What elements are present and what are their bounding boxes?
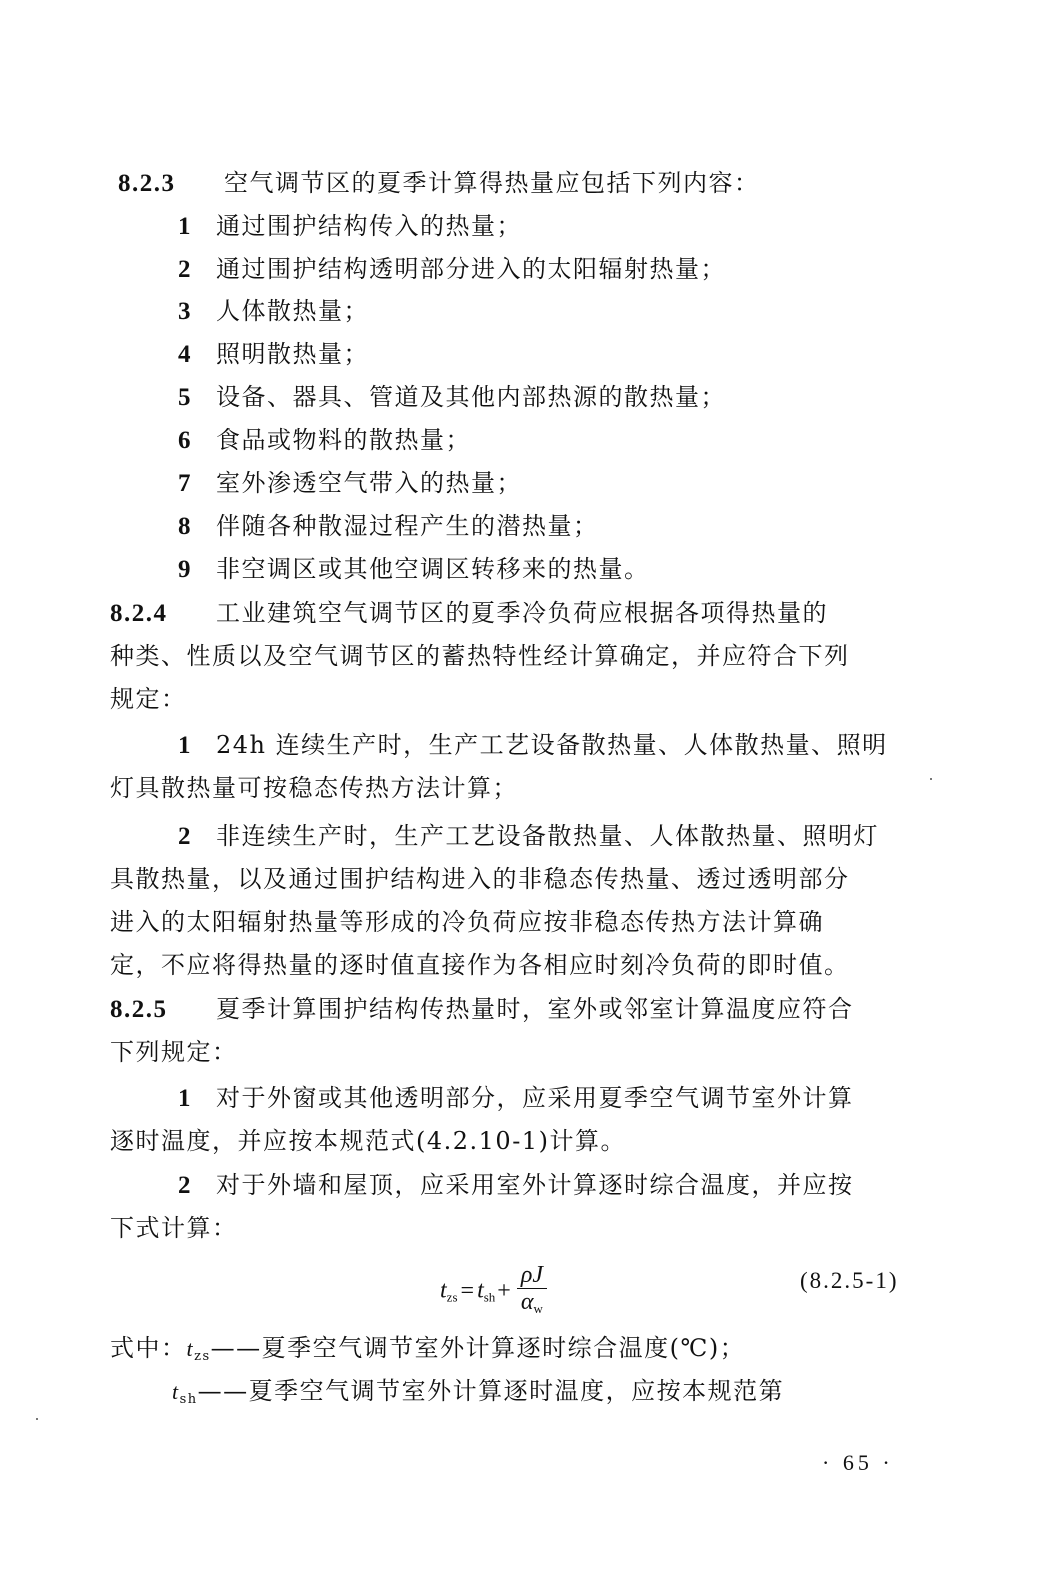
item-text: 室外渗透空气带入的热量； bbox=[216, 469, 522, 497]
item-text: 通过围护结构透明部分进入的太阳辐射热量； bbox=[216, 255, 726, 283]
list-item: 124h 连续生产时，生产工艺设备散热量、人体散热量、照明 bbox=[178, 730, 888, 761]
item-number: 8 bbox=[178, 512, 216, 542]
section-number: 8.2.4 bbox=[110, 599, 216, 629]
list-item: 2对于外墙和屋顶，应采用室外计算逐时综合温度，并应按 bbox=[178, 1170, 854, 1201]
item-number: 1 bbox=[178, 212, 216, 242]
list-item: 6食品或物料的散热量； bbox=[178, 425, 471, 456]
item-number: 1 bbox=[178, 1084, 216, 1114]
item-text: 非空调区或其他空调区转移来的热量。 bbox=[216, 555, 650, 583]
equation-number: (8.2.5-1) bbox=[800, 1268, 898, 1294]
section-text: 空气调节区的夏季计算得热量应包括下列内容： bbox=[224, 169, 760, 197]
section-text: 下列规定： bbox=[110, 1038, 238, 1066]
section-text: 种类、性质以及空气调节区的蓄热特性经计算确定，并应符合下列 bbox=[110, 642, 850, 670]
where-def-tsh: tsh——夏季空气调节室外计算逐时温度，应按本规范第 bbox=[172, 1376, 784, 1415]
item-text: 进入的太阳辐射热量等形成的冷负荷应按非稳态传热方法计算确 bbox=[110, 908, 824, 936]
section-8-2-4-heading: 8.2.4工业建筑空气调节区的夏季冷负荷应根据各项得热量的 bbox=[110, 598, 828, 629]
list-item: 9非空调区或其他空调区转移来的热量。 bbox=[178, 554, 650, 585]
paragraph-line: 下式计算： bbox=[110, 1213, 238, 1243]
item-text: 下式计算： bbox=[110, 1214, 238, 1242]
formula-subscript: w bbox=[534, 1301, 543, 1316]
item-number: 7 bbox=[178, 469, 216, 499]
def-dash: —— bbox=[211, 1334, 262, 1362]
item-text: 定，不应将得热量的逐时值直接作为各相应时刻冷负荷的即时值。 bbox=[110, 951, 850, 979]
item-text: 食品或物料的散热量； bbox=[216, 426, 471, 454]
list-item: 5设备、器具、管道及其他内部热源的散热量； bbox=[178, 382, 726, 413]
paragraph-line: 灯具散热量可按稳态传热方法计算； bbox=[110, 773, 518, 803]
def-text: 夏季空气调节室外计算逐时综合温度(℃)； bbox=[262, 1334, 746, 1362]
paragraph-line: 定，不应将得热量的逐时值直接作为各相应时刻冷负荷的即时值。 bbox=[110, 950, 850, 980]
item-text: 灯具散热量可按稳态传热方法计算； bbox=[110, 774, 518, 802]
item-text: 24h 连续生产时，生产工艺设备散热量、人体散热量、照明 bbox=[216, 731, 888, 759]
def-symbol: t bbox=[187, 1336, 195, 1361]
where-prefix: 式中： bbox=[110, 1334, 187, 1362]
item-text: 具散热量，以及通过围护结构进入的非稳态传热量、透过透明部分 bbox=[110, 865, 850, 893]
def-symbol: t bbox=[172, 1379, 180, 1404]
page-number: · 65 · bbox=[822, 1450, 894, 1476]
paragraph-line: 具散热量，以及通过围护结构进入的非稳态传热量、透过透明部分 bbox=[110, 864, 850, 894]
item-number: 3 bbox=[178, 297, 216, 327]
list-item: 1对于外窗或其他透明部分，应采用夏季空气调节室外计算 bbox=[178, 1083, 854, 1114]
section-text: 工业建筑空气调节区的夏季冷负荷应根据各项得热量的 bbox=[216, 599, 828, 627]
formula-symbol: t bbox=[440, 1278, 447, 1304]
item-text: 伴随各种散湿过程产生的潜热量； bbox=[216, 512, 599, 540]
def-dash: —— bbox=[198, 1377, 249, 1405]
paragraph-line: 逐时温度，并应按本规范式(4.2.10-1)计算。 bbox=[110, 1126, 626, 1156]
item-text: 逐时温度，并应按本规范式(4.2.10-1)计算。 bbox=[110, 1127, 626, 1155]
def-subscript: zs bbox=[194, 1349, 211, 1364]
formula-8-2-5-1: tzs=tsh+ρJαw bbox=[440, 1262, 547, 1322]
item-text: 对于外墙和屋顶，应采用室外计算逐时综合温度，并应按 bbox=[216, 1171, 854, 1199]
where-def-tzs: 式中：tzs——夏季空气调节室外计算逐时综合温度(℃)； bbox=[110, 1333, 745, 1372]
formula-symbol: α bbox=[521, 1289, 534, 1315]
list-item: 2通过围护结构透明部分进入的太阳辐射热量； bbox=[178, 254, 726, 285]
section-number: 8.2.5 bbox=[110, 995, 216, 1025]
paragraph-line: 规定： bbox=[110, 684, 187, 714]
formula-subscript: zs bbox=[447, 1290, 458, 1305]
item-text: 人体散热量； bbox=[216, 297, 369, 325]
def-text: 夏季空气调节室外计算逐时温度，应按本规范第 bbox=[249, 1377, 785, 1405]
item-number: 1 bbox=[178, 731, 216, 761]
list-item: 1通过围护结构传入的热量； bbox=[178, 211, 522, 242]
item-number: 2 bbox=[178, 255, 216, 285]
item-text: 非连续生产时，生产工艺设备散热量、人体散热量、照明灯 bbox=[216, 822, 879, 850]
item-text: 对于外窗或其他透明部分，应采用夏季空气调节室外计算 bbox=[216, 1084, 854, 1112]
section-text: 规定： bbox=[110, 685, 187, 713]
paragraph-line: 种类、性质以及空气调节区的蓄热特性经计算确定，并应符合下列 bbox=[110, 641, 850, 671]
item-number: 4 bbox=[178, 340, 216, 370]
formula-operator: = bbox=[461, 1278, 475, 1304]
list-item: 2非连续生产时，生产工艺设备散热量、人体散热量、照明灯 bbox=[178, 821, 879, 852]
formula-fraction: ρJαw bbox=[517, 1262, 547, 1322]
item-number: 2 bbox=[178, 1171, 216, 1201]
fraction-denominator: αw bbox=[517, 1289, 547, 1322]
section-8-2-5-heading: 8.2.5夏季计算围护结构传热量时，室外或邻室计算温度应符合 bbox=[110, 994, 854, 1025]
fraction-numerator: ρJ bbox=[517, 1262, 547, 1289]
scan-speck bbox=[930, 778, 932, 780]
scan-speck bbox=[36, 1418, 38, 1420]
section-number: 8.2.3 bbox=[118, 169, 224, 199]
item-number: 5 bbox=[178, 383, 216, 413]
item-text: 通过围护结构传入的热量； bbox=[216, 212, 522, 240]
item-text: 照明散热量； bbox=[216, 340, 369, 368]
paragraph-line: 进入的太阳辐射热量等形成的冷负荷应按非稳态传热方法计算确 bbox=[110, 907, 824, 937]
def-subscript: sh bbox=[180, 1392, 198, 1407]
list-item: 8伴随各种散湿过程产生的潜热量； bbox=[178, 511, 599, 542]
formula-operator: + bbox=[497, 1278, 511, 1304]
paragraph-line: 下列规定： bbox=[110, 1037, 238, 1067]
list-item: 3人体散热量； bbox=[178, 296, 369, 327]
list-item: 7室外渗透空气带入的热量； bbox=[178, 468, 522, 499]
formula-symbol: t bbox=[477, 1278, 484, 1304]
item-number: 2 bbox=[178, 822, 216, 852]
list-item: 4照明散热量； bbox=[178, 339, 369, 370]
item-text: 设备、器具、管道及其他内部热源的散热量； bbox=[216, 383, 726, 411]
section-text: 夏季计算围护结构传热量时，室外或邻室计算温度应符合 bbox=[216, 995, 854, 1023]
formula-subscript: sh bbox=[484, 1290, 496, 1305]
item-number: 6 bbox=[178, 426, 216, 456]
section-8-2-3-heading: 8.2.3空气调节区的夏季计算得热量应包括下列内容： bbox=[118, 168, 760, 199]
item-number: 9 bbox=[178, 555, 216, 585]
